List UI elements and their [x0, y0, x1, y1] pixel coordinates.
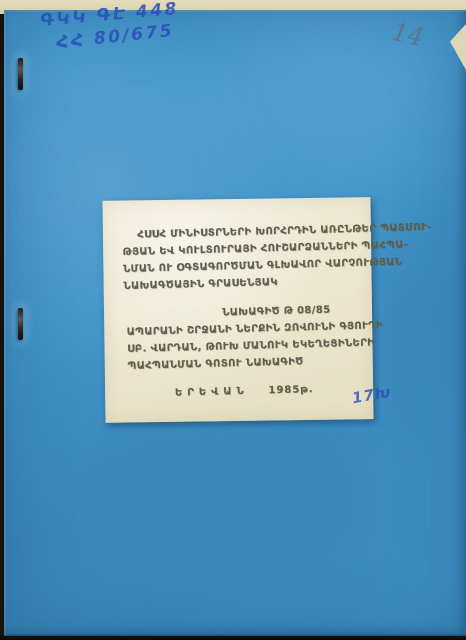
handwritten-page-number: 14 [389, 17, 426, 52]
city-name: ԵՐԵՎԱՆ [175, 386, 249, 399]
scan-edge-shadow [0, 634, 466, 640]
staple-bottom [18, 308, 23, 340]
imprint-line: ԵՐԵՎԱՆ 1985թ. [126, 380, 362, 403]
typewritten-label-text: ՀՍՍՀ ՄԻՆԻՍՏՐՆԵՐԻ ԽՈՐՀՐԴԻՆ ԱՌԸՆԹԵՐ ՊԱՏՄՈՒ… [101, 196, 374, 404]
pasted-title-label: ՀՍՍՀ ՄԻՆԻՍՏՐՆԵՐԻ ԽՈՐՀՐԴԻՆ ԱՌԸՆԹԵՐ ՊԱՏՄՈՒ… [102, 197, 373, 423]
staple-top [18, 58, 23, 90]
scanned-document-cover: ԳԿԿ ԳԷ 448 ՀՀ 80/675 14 ՀՍՍՀ ՄԻՆԻՍՏՐՆԵՐԻ… [0, 0, 466, 640]
publication-year: 1985թ. [268, 384, 313, 396]
